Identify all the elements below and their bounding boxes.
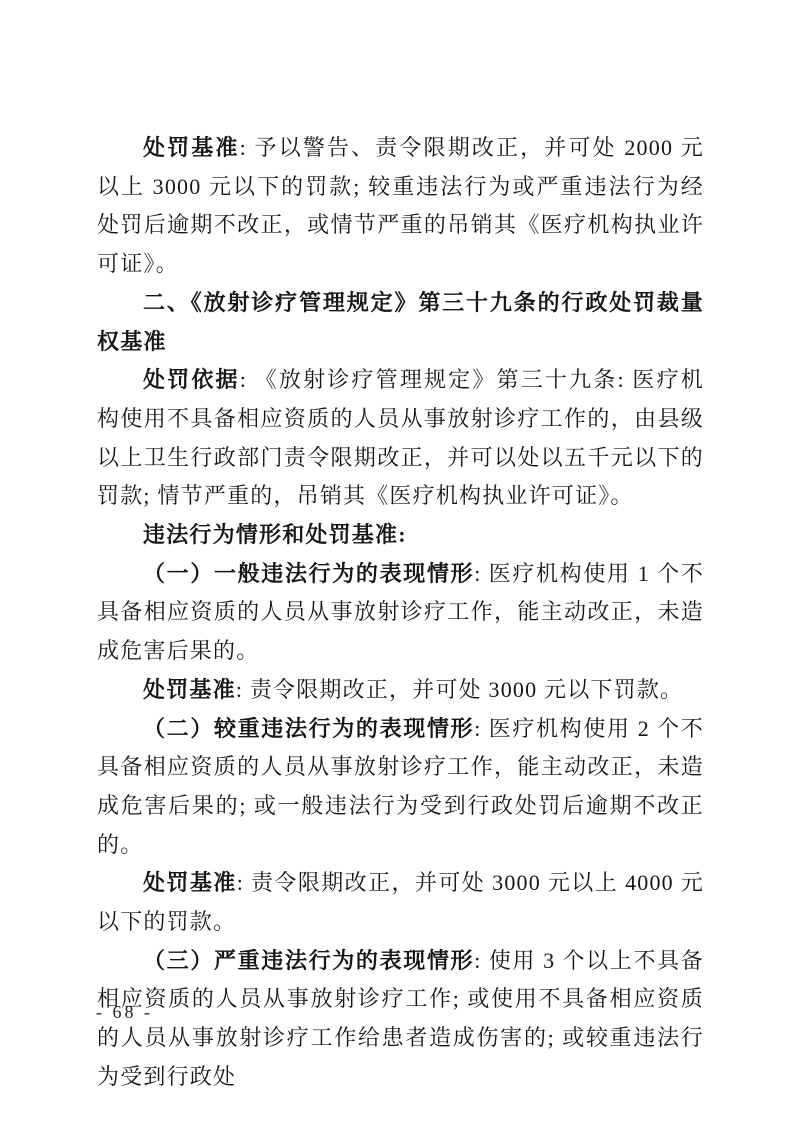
paragraph-item-2-situation: （二）较重违法行为的表现情形: 医疗机构使用 2 个不具备相应资质的人员从事放射… xyxy=(97,710,704,865)
document-page: 处罚基准: 予以警告、责令限期改正，并可处 2000 元以上 3000 元以下的… xyxy=(0,0,793,1122)
paragraph-separator: : xyxy=(474,716,488,741)
paragraph-separator: : xyxy=(240,135,255,160)
paragraph-lead: 处罚基准 xyxy=(143,870,237,895)
heading-text: 违法行为情形和处罚基准: xyxy=(143,522,407,547)
paragraph-item-2-penalty: 处罚基准: 责令限期改正，并可处 3000 元以上 4000 元以下的罚款。 xyxy=(97,864,704,941)
paragraph-lead: （二）较重违法行为的表现情形 xyxy=(143,716,474,741)
paragraph-separator: : xyxy=(474,561,488,586)
paragraph-lead: 处罚依据 xyxy=(143,367,240,392)
paragraph-separator: : xyxy=(240,367,255,392)
paragraph-text: 责令限期改正，并可处 3000 元以下罚款。 xyxy=(250,677,683,702)
subheading-violation-situations: 违法行为情形和处罚基准: xyxy=(97,516,704,555)
paragraph-separator: : xyxy=(237,870,251,895)
page-number: - 68 - xyxy=(96,1002,153,1022)
paragraph-lead: 处罚基准 xyxy=(143,677,236,702)
paragraph-lead: 处罚基准 xyxy=(143,135,240,160)
paragraph-item-1-penalty: 处罚基准: 责令限期改正，并可处 3000 元以下罚款。 xyxy=(97,671,704,710)
page-footer: - 68 - xyxy=(96,1002,153,1023)
paragraph-lead: （一）一般违法行为的表现情形 xyxy=(143,561,474,586)
paragraph-penalty-according: 处罚依据: 《放射诊疗管理规定》第三十九条: 医疗机构使用不具备相应资质的人员从… xyxy=(97,361,704,516)
section-heading-article-39: 二、《放射诊疗管理规定》第三十九条的行政处罚裁量权基准 xyxy=(97,284,704,361)
paragraph-item-1-situation: （一）一般违法行为的表现情形: 医疗机构使用 1 个不具备相应资质的人员从事放射… xyxy=(97,555,704,671)
paragraph-lead: （三）严重违法行为的表现情形 xyxy=(143,948,474,973)
paragraph-penalty-basis-intro: 处罚基准: 予以警告、责令限期改正，并可处 2000 元以上 3000 元以下的… xyxy=(97,129,704,284)
paragraph-separator: : xyxy=(474,948,488,973)
document-body: 处罚基准: 予以警告、责令限期改正，并可处 2000 元以上 3000 元以下的… xyxy=(97,129,704,1097)
heading-text: 二、《放射诊疗管理规定》第三十九条的行政处罚裁量权基准 xyxy=(97,290,704,354)
paragraph-item-3-situation: （三）严重违法行为的表现情形: 使用 3 个以上不具备相应资质的人员从事放射诊疗… xyxy=(97,942,704,1097)
paragraph-separator: : xyxy=(236,677,250,702)
